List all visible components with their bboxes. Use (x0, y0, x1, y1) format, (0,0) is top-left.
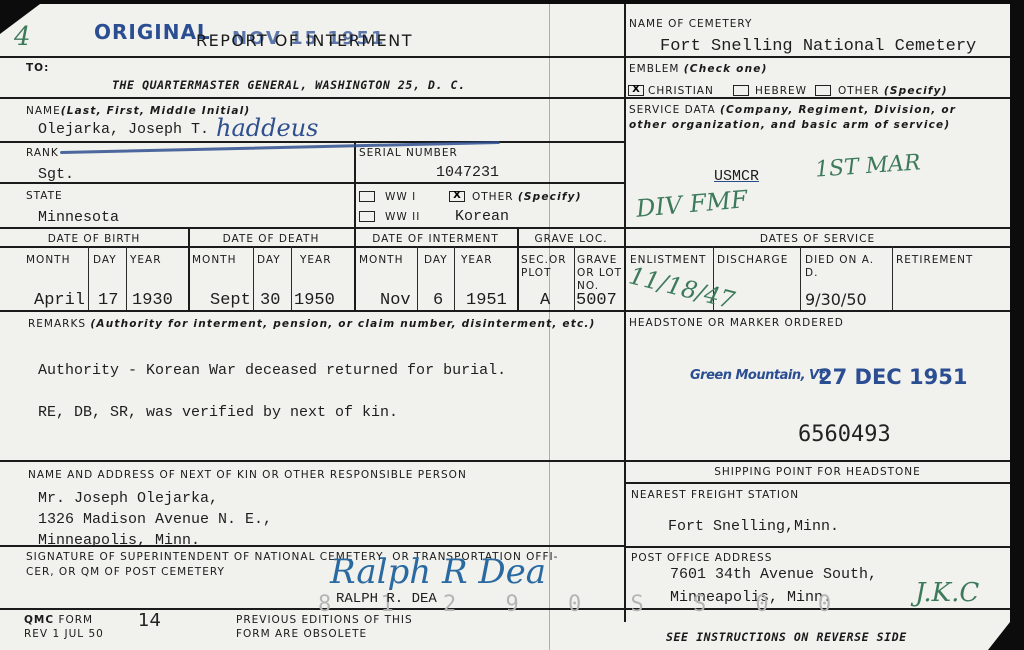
field-text: EMBLEM (629, 63, 679, 75)
dod-label: DATE OF DEATH (188, 233, 354, 246)
emblem-christian-checkbox[interactable]: X (628, 85, 644, 96)
dod-month: Sept (210, 292, 251, 310)
next-of-kin-line-3: Minneapolis, Minn. (38, 532, 200, 550)
doi-month: Nov (380, 292, 411, 310)
doi-year-label: YEAR (461, 254, 493, 267)
rank-value: Sgt. (38, 166, 74, 184)
war-other-value: Korean (455, 208, 509, 226)
next-of-kin-line-2: 1326 Madison Avenue N. E., (38, 511, 272, 529)
field-text: REMARKS (28, 318, 86, 330)
emblem-label: EMBLEM (Check one) (629, 63, 768, 76)
handwritten-initials: J.K.C (915, 578, 979, 608)
field-text: QMC (24, 614, 54, 626)
service-data-handwritten-1: 1ST MAR (814, 150, 921, 182)
signature-label-2: CER, OR QM OF POST CEMETERY (26, 566, 225, 579)
war-other-checkbox[interactable]: X (449, 191, 465, 202)
field-text: NAME (26, 105, 61, 117)
rule (625, 56, 1010, 58)
rule (0, 182, 625, 184)
state-label: STATE (26, 190, 63, 203)
field-text: SERVICE DATA (629, 104, 716, 116)
dod-month-label: MONTH (192, 254, 237, 267)
emblem-other-checkbox[interactable] (815, 85, 831, 96)
next-of-kin-label: NAME AND ADDRESS OF NEXT OF KIN OR OTHER… (28, 469, 467, 482)
headstone-label: HEADSTONE OR MARKER ORDERED (629, 317, 844, 330)
died-value: 9/30/50 (805, 290, 867, 309)
freight-station-value: Fort Snelling,Minn. (668, 518, 839, 536)
dob-year: 1930 (132, 292, 173, 310)
original-stamp: ORIGINAL (94, 20, 211, 44)
grave-lot-label: GRAVE OR LOT NO. (577, 254, 623, 293)
field-text: OTHER (472, 191, 514, 203)
corner-fold-bottom (988, 622, 1010, 650)
dod-day: 30 (260, 292, 280, 310)
emblem-hebrew-checkbox[interactable] (733, 85, 749, 96)
headstone-order-number: 6560493 (798, 422, 891, 447)
interment-report-card: 4 ORIGINAL NOV 15 1951 REPORT OF INTERME… (0, 4, 1010, 650)
obsolete-note-2: FORM ARE OBSOLETE (236, 628, 367, 641)
emblem-hebrew-label: HEBREW (755, 85, 807, 98)
serial-number-label: SERIAL NUMBER (359, 147, 458, 160)
remarks-line-2: RE, DB, SR, was verified by next of kin. (38, 404, 398, 422)
field-text: OTHER (838, 85, 880, 97)
obsolete-note-1: PREVIOUS EDITIONS OF THIS (236, 614, 413, 627)
form-revision: REV 1 JUL 50 (24, 628, 104, 641)
serial-number-value: 1047231 (436, 164, 499, 182)
doi-year: 1951 (466, 292, 507, 310)
service-data-handwritten-2: DIV FMF (635, 185, 749, 223)
rule (625, 546, 1010, 548)
name-handwritten-addition: haddeus (216, 114, 318, 142)
dob-day-label: DAY (93, 254, 117, 267)
grave-sec: A (540, 292, 550, 310)
service-data-label: SERVICE DATA (Company, Regiment, Divisio… (629, 103, 979, 133)
shipping-label: SHIPPING POINT FOR HEADSTONE (625, 466, 1010, 479)
reverse-side-instructions: SEE INSTRUCTIONS ON REVERSE SIDE (666, 630, 907, 644)
state-value: Minnesota (38, 209, 119, 227)
name-value: Olejarka, Joseph T. (38, 121, 209, 139)
to-label: TO: (26, 62, 49, 75)
dob-label: DATE OF BIRTH (0, 233, 188, 246)
post-office-line-1: 7601 34th Avenue South, (670, 566, 877, 584)
headstone-stamp-place: Green Mountain, Vt. (690, 368, 829, 383)
ww1-label: WW I (385, 191, 416, 204)
dod-year-label: YEAR (300, 254, 332, 267)
cemetery-value: Fort Snelling National Cemetery (660, 38, 976, 56)
doi-day: 6 (433, 292, 443, 310)
rule (0, 227, 1010, 229)
dod-day-label: DAY (257, 254, 281, 267)
remarks-line-1: Authority - Korean War deceased returned… (38, 362, 506, 380)
rule (0, 97, 625, 99)
died-label: DIED ON A. D. (805, 254, 891, 280)
superintendent-typed-name: RALPH R. DEA (336, 590, 437, 608)
superintendent-signature: Ralph R Dea (330, 552, 546, 592)
freight-station-label: NEAREST FREIGHT STATION (631, 489, 799, 502)
war-other-label: OTHER (Specify) (472, 191, 582, 204)
rule (354, 141, 356, 228)
field-text: FORM (58, 614, 93, 626)
rule (0, 246, 1010, 248)
dates-of-service-label: DATES OF SERVICE (625, 233, 1010, 246)
rule (0, 310, 1010, 312)
form-id: QMC FORM (24, 614, 93, 627)
rank-label: RANK (26, 147, 59, 160)
enlistment-value: 11/18/47 (626, 261, 737, 314)
discharge-label: DISCHARGE (717, 254, 788, 267)
rule (0, 460, 1010, 462)
field-text: (Authority for interment, pension, or cl… (90, 318, 595, 330)
form-number: 14 (138, 610, 161, 631)
grave-sec-label: SEC.OR PLOT (521, 254, 573, 280)
emblem-other-label: OTHER (Specify) (838, 85, 948, 98)
grave-lot: 5007 (576, 292, 617, 310)
field-text: (Specify) (518, 191, 582, 203)
ww2-checkbox[interactable] (359, 211, 375, 222)
next-of-kin-line-1: Mr. Joseph Olejarka, (38, 490, 218, 508)
grave-loc-label: GRAVE LOC. (517, 233, 625, 246)
cemetery-label: NAME OF CEMETERY (629, 18, 752, 31)
retirement-label: RETIREMENT (896, 254, 973, 267)
dob-month-label: MONTH (26, 254, 71, 267)
rule (625, 482, 1010, 484)
remarks-label: REMARKS (Authority for interment, pensio… (28, 317, 622, 331)
to-value: THE QUARTERMASTER GENERAL, WASHINGTON 25… (112, 78, 466, 92)
doi-day-label: DAY (424, 254, 448, 267)
doi-label: DATE OF INTERMENT (354, 233, 517, 246)
dob-month: April (34, 292, 85, 310)
field-text: (Check one) (684, 63, 768, 75)
corner-handwritten-mark: 4 (14, 22, 31, 52)
service-data-typed: USMCR (714, 168, 759, 186)
doi-month-label: MONTH (359, 254, 404, 267)
dob-year-label: YEAR (130, 254, 162, 267)
emblem-christian-label: CHRISTIAN (648, 85, 714, 98)
field-text: (Specify) (884, 85, 948, 97)
rule (0, 56, 625, 58)
headstone-stamp-date: 27 DEC 1951 (818, 365, 967, 389)
form-title: REPORT OF INTERMENT (196, 31, 413, 50)
dob-day: 17 (98, 292, 118, 310)
ww1-checkbox[interactable] (359, 191, 375, 202)
ww2-label: WW II (385, 211, 420, 224)
dod-year: 1950 (294, 292, 335, 310)
post-office-label: POST OFFICE ADDRESS (631, 552, 772, 565)
